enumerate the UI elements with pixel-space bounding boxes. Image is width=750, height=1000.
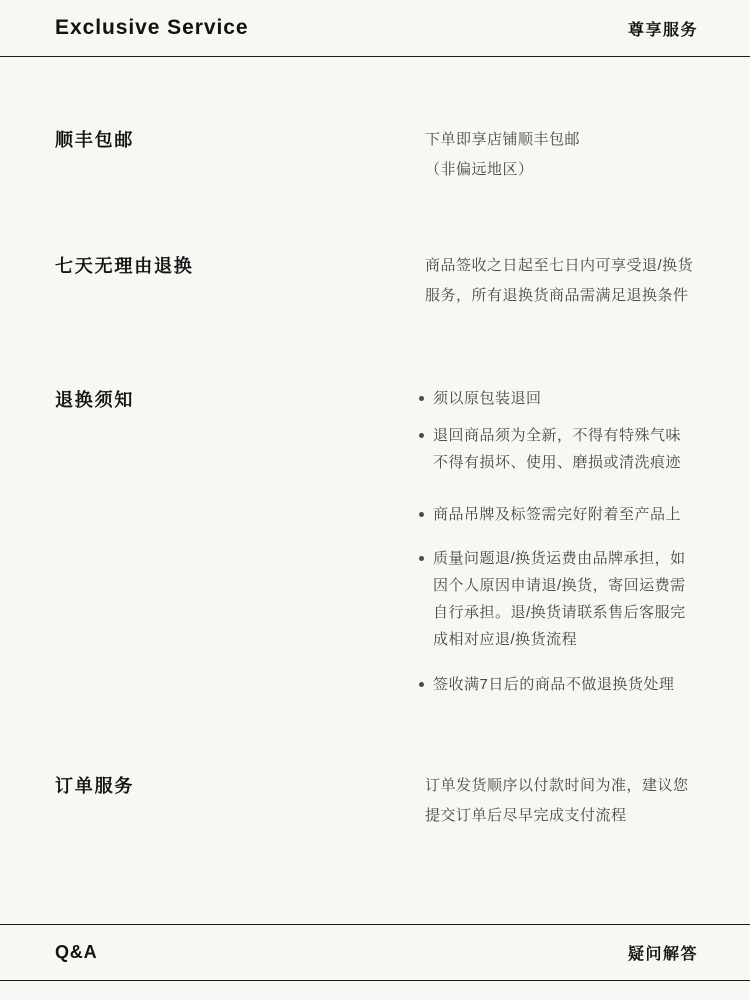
page-title-english: Exclusive Service bbox=[55, 16, 249, 40]
bullet-item: 须以原包装退回 bbox=[419, 385, 698, 412]
qa-title-english: Q&A bbox=[55, 942, 97, 963]
qa-footer: Q&A 疑问解答 bbox=[0, 924, 750, 981]
service-sections: 顺丰包邮下单即享店铺顺丰包邮 （非偏远地区）七天无理由退换商品签收之日起至七日内… bbox=[0, 125, 750, 831]
service-section: 七天无理由退换商品签收之日起至七日内可享受退/换货 服务，所有退换货商品需满足退… bbox=[0, 251, 750, 311]
bullet-item: 退回商品须为全新，不得有特殊气味 不得有损坏、使用、磨损或清洗痕迹 bbox=[419, 422, 698, 476]
page-title-chinese: 尊享服务 bbox=[628, 17, 698, 40]
section-body: 商品签收之日起至七日内可享受退/换货 服务，所有退换货商品需满足退换条件 bbox=[425, 251, 698, 311]
service-section: 订单服务订单发货顺序以付款时间为准，建议您 提交订单后尽早完成支付流程 bbox=[0, 771, 750, 831]
section-bullet-list: 须以原包装退回退回商品须为全新，不得有特殊气味 不得有损坏、使用、磨损或清洗痕迹… bbox=[419, 385, 698, 698]
section-paragraph: 下单即享店铺顺丰包邮 （非偏远地区） bbox=[425, 125, 698, 185]
section-paragraph: 订单发货顺序以付款时间为准，建议您 提交订单后尽早完成支付流程 bbox=[425, 771, 698, 831]
section-heading: 订单服务 bbox=[55, 771, 425, 831]
section-body: 订单发货顺序以付款时间为准，建议您 提交订单后尽早完成支付流程 bbox=[425, 771, 698, 831]
qa-title-chinese: 疑问解答 bbox=[628, 941, 698, 964]
bullet-item: 质量问题退/换货运费由品牌承担，如 因个人原因申请退/换货，寄回运费需 自行承担… bbox=[419, 545, 698, 653]
section-body: 须以原包装退回退回商品须为全新，不得有特殊气味 不得有损坏、使用、磨损或清洗痕迹… bbox=[425, 385, 698, 698]
exclusive-service-page: Exclusive Service 尊享服务 顺丰包邮下单即享店铺顺丰包邮 （非… bbox=[0, 0, 750, 1000]
section-heading: 退换须知 bbox=[55, 385, 425, 698]
page-header: Exclusive Service 尊享服务 bbox=[0, 0, 750, 57]
service-section: 退换须知须以原包装退回退回商品须为全新，不得有特殊气味 不得有损坏、使用、磨损或… bbox=[0, 385, 750, 698]
section-heading: 七天无理由退换 bbox=[55, 251, 425, 311]
bullet-item: 签收满7日后的商品不做退换货处理 bbox=[419, 671, 698, 698]
bullet-item: 商品吊牌及标签需完好附着至产品上 bbox=[419, 501, 698, 528]
section-body: 下单即享店铺顺丰包邮 （非偏远地区） bbox=[425, 125, 698, 185]
section-heading: 顺丰包邮 bbox=[55, 125, 425, 185]
section-paragraph: 商品签收之日起至七日内可享受退/换货 服务，所有退换货商品需满足退换条件 bbox=[425, 251, 698, 311]
service-section: 顺丰包邮下单即享店铺顺丰包邮 （非偏远地区） bbox=[0, 125, 750, 185]
